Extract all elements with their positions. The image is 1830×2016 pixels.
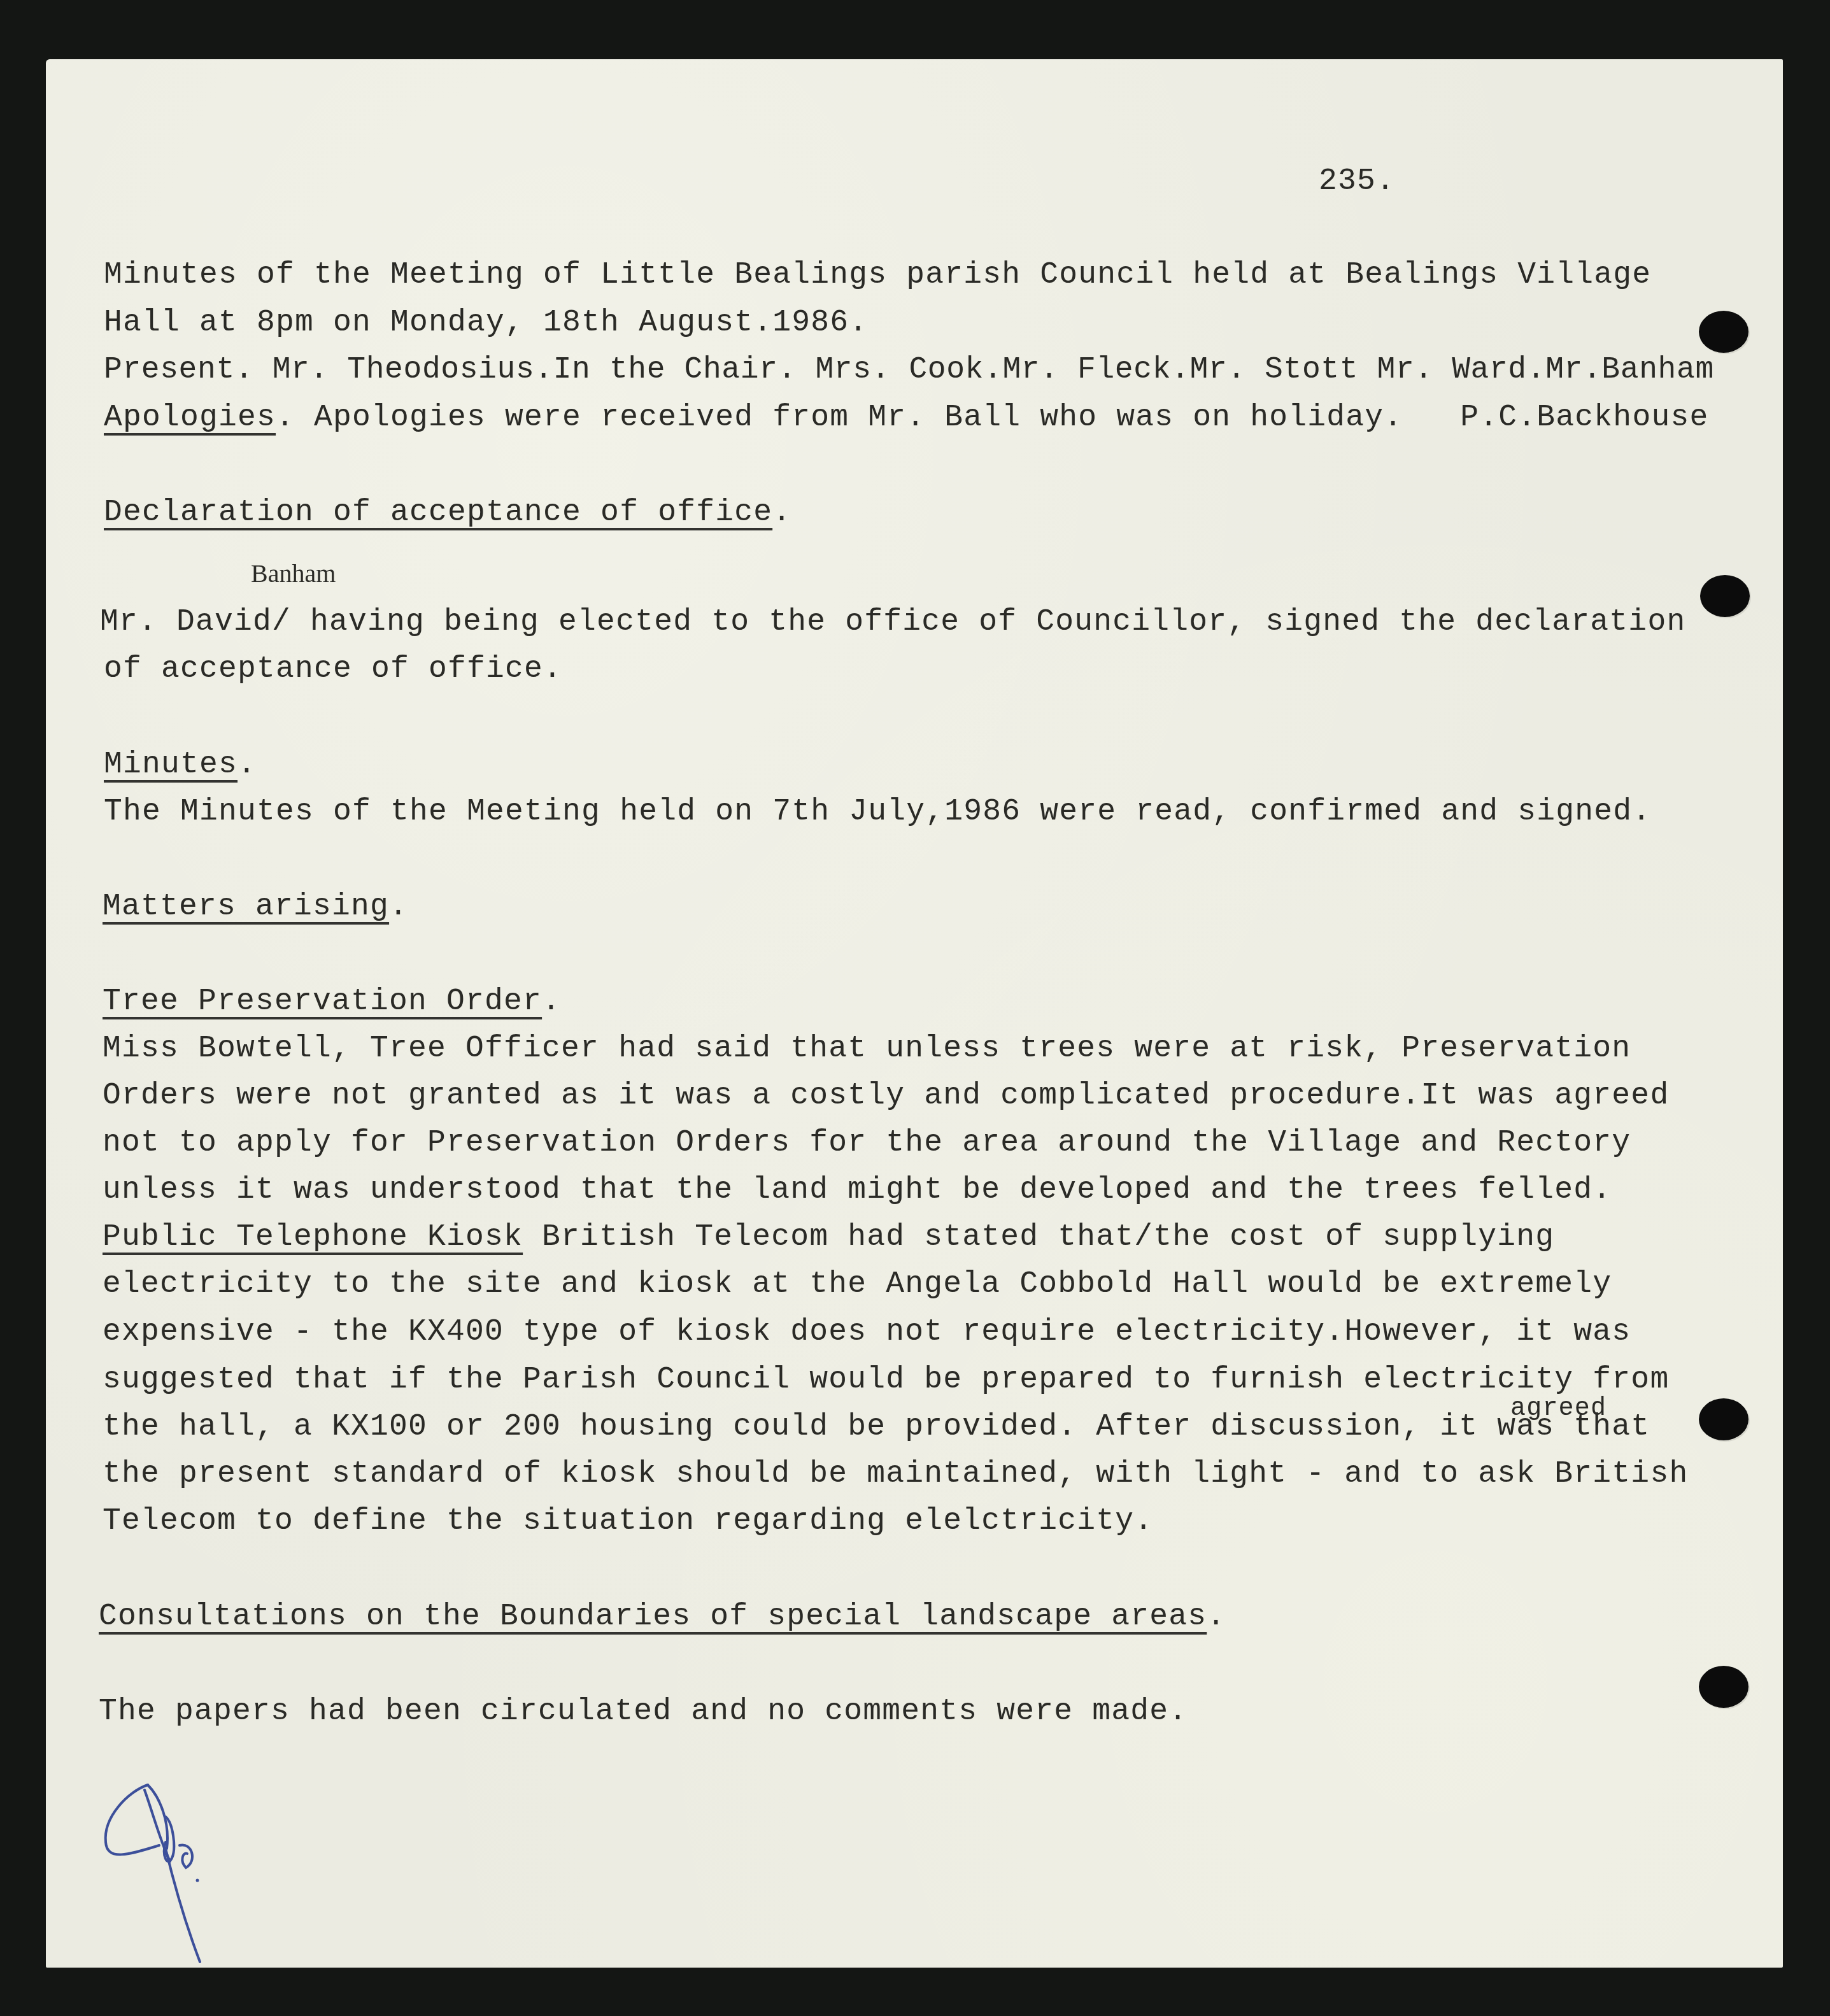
tree-preservation-line-2: Orders were not granted as it was a cost…: [103, 1081, 1669, 1111]
telephone-kiosk-line-7: Telecom to define the situation regardin…: [103, 1506, 1153, 1537]
present-line: Present. Mr. Theodosius.In the Chair. Mr…: [104, 355, 1714, 385]
telephone-kiosk-line-6: the present standard of kiosk should be …: [103, 1459, 1688, 1489]
telephone-kiosk-line-5: the hall, a KX100 or 200 housing could b…: [103, 1412, 1650, 1442]
telephone-kiosk-text: British Telecom had stated that/the cost…: [523, 1220, 1554, 1254]
punch-hole: [1699, 1398, 1748, 1440]
heading-period: .: [772, 495, 791, 530]
declaration-text: having being elected to the office of Co…: [291, 605, 1685, 639]
document-page: 235. Minutes of the Meeting of Little Be…: [46, 59, 1783, 1968]
telephone-kiosk-line-4: suggested that if the Parish Council wou…: [103, 1365, 1669, 1395]
signature-mark: [84, 1778, 250, 1970]
matters-arising-heading-text: Matters arising: [103, 890, 389, 924]
declaration-line-2: of acceptance of office.: [104, 654, 562, 685]
consultations-text: The papers had been circulated and no co…: [99, 1696, 1188, 1727]
apologies-text: . Apologies were received from Mr. Ball …: [276, 401, 1708, 435]
matters-arising-heading: Matters arising.: [103, 891, 408, 922]
declaration-name: Mr. David/: [100, 605, 291, 639]
page-number: 235.: [1319, 166, 1395, 197]
declaration-heading: Declaration of acceptance of office.: [104, 497, 791, 528]
heading-period: .: [389, 890, 408, 924]
punch-hole: [1699, 311, 1748, 353]
telephone-kiosk-heading: Public Telephone Kiosk: [103, 1220, 523, 1254]
telephone-kiosk-line-1: Public Telephone Kiosk British Telecom h…: [103, 1222, 1554, 1253]
declaration-line-1: Mr. David/ having being elected to the o…: [100, 607, 1685, 637]
punch-hole: [1700, 575, 1750, 617]
minutes-heading: Minutes.: [104, 749, 257, 780]
consultations-heading-text: Consultations on the Boundaries of speci…: [99, 1600, 1207, 1634]
declaration-heading-text: Declaration of acceptance of office: [104, 495, 772, 530]
tree-preservation-line-4: unless it was understood that the land m…: [103, 1175, 1612, 1205]
title-line-1: Minutes of the Meeting of Little Bealing…: [104, 260, 1651, 290]
tree-preservation-line-3: not to apply for Preservation Orders for…: [103, 1128, 1631, 1158]
apologies-line: Apologies. Apologies were received from …: [104, 402, 1708, 433]
handwritten-insert-banham: Banham: [251, 558, 336, 588]
minutes-heading-text: Minutes: [104, 748, 238, 782]
punch-hole: [1699, 1666, 1748, 1708]
tree-preservation-heading-text: Tree Preservation Order: [103, 984, 542, 1019]
tree-preservation-line-1: Miss Bowtell, Tree Officer had said that…: [103, 1033, 1631, 1064]
consultations-heading: Consultations on the Boundaries of speci…: [99, 1601, 1226, 1632]
title-line-2: Hall at 8pm on Monday, 18th August.1986.: [104, 308, 868, 338]
heading-period: .: [1207, 1600, 1226, 1634]
heading-period: .: [542, 984, 561, 1019]
heading-period: .: [238, 748, 257, 782]
minutes-text: The Minutes of the Meeting held on 7th J…: [104, 797, 1651, 827]
tree-preservation-heading: Tree Preservation Order.: [103, 986, 561, 1017]
telephone-kiosk-line-3: expensive - the KX400 type of kiosk does…: [103, 1317, 1631, 1347]
apologies-label: Apologies: [104, 401, 276, 435]
telephone-kiosk-line-2: electricity to the site and kiosk at the…: [103, 1269, 1612, 1300]
